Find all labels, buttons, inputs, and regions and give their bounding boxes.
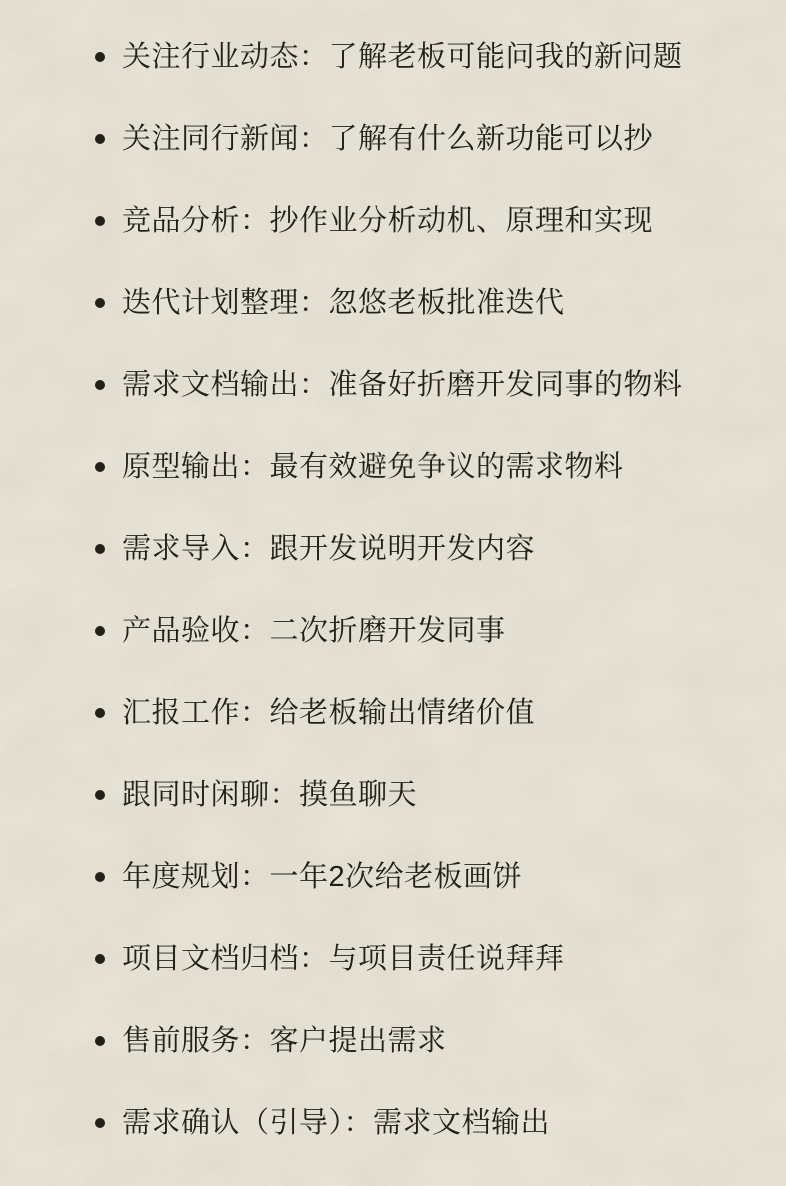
list-item: 年度规划：一年2次给老板画饼	[95, 857, 736, 897]
list-item: 需求文档输出：准备好折磨开发同事的物料	[95, 365, 736, 405]
bullet-icon	[95, 216, 105, 226]
list-item: 关注行业动态：了解老板可能问我的新问题	[95, 37, 736, 77]
bullet-icon	[95, 708, 105, 718]
list-item-text: 原型输出：最有效避免争议的需求物料	[122, 447, 624, 487]
bullet-icon	[95, 380, 105, 390]
list-item-text: 迭代计划整理：忽悠老板批准迭代	[122, 283, 565, 323]
list-item: 迭代计划整理：忽悠老板批准迭代	[95, 283, 736, 323]
list-item-text: 需求确认（引导）：需求文档输出	[122, 1103, 550, 1143]
bullet-icon	[95, 1118, 105, 1128]
bullet-icon	[95, 544, 105, 554]
notes-page: 关注行业动态：了解老板可能问我的新问题 关注同行新闻：了解有什么新功能可以抄 竞…	[0, 0, 786, 1186]
list-item: 售前服务：客户提出需求	[95, 1021, 736, 1061]
list-item-text: 项目文档归档：与项目责任说拜拜	[122, 939, 565, 979]
list-item: 需求导入：跟开发说明开发内容	[95, 529, 736, 569]
list-item: 原型输出：最有效避免争议的需求物料	[95, 447, 736, 487]
list-item-text: 跟同时闲聊：摸鱼聊天	[122, 775, 417, 815]
bullet-icon	[95, 52, 105, 62]
bullet-icon	[95, 954, 105, 964]
list-item-text: 竞品分析：抄作业分析动机、原理和实现	[122, 201, 653, 241]
list-item: 项目文档归档：与项目责任说拜拜	[95, 939, 736, 979]
list-item-text: 需求文档输出：准备好折磨开发同事的物料	[122, 365, 683, 405]
bullet-icon	[95, 872, 105, 882]
bullet-icon	[95, 626, 105, 636]
list-item-text: 关注同行新闻：了解有什么新功能可以抄	[122, 119, 653, 159]
bullet-icon	[95, 298, 105, 308]
notes-bullet-list: 关注行业动态：了解老板可能问我的新问题 关注同行新闻：了解有什么新功能可以抄 竞…	[95, 37, 736, 1185]
bullet-icon	[95, 790, 105, 800]
list-item-text: 需求导入：跟开发说明开发内容	[122, 529, 535, 569]
bullet-icon	[95, 462, 105, 472]
bullet-icon	[95, 134, 105, 144]
list-item-text: 产品验收：二次折磨开发同事	[122, 611, 506, 651]
list-item: 汇报工作：给老板输出情绪价值	[95, 693, 736, 733]
list-item-text: 关注行业动态：了解老板可能问我的新问题	[122, 37, 683, 77]
bullet-icon	[95, 1036, 105, 1046]
list-item: 产品验收：二次折磨开发同事	[95, 611, 736, 651]
list-item: 跟同时闲聊：摸鱼聊天	[95, 775, 736, 815]
list-item: 竞品分析：抄作业分析动机、原理和实现	[95, 201, 736, 241]
list-item-text: 售前服务：客户提出需求	[122, 1021, 447, 1061]
list-item: 关注同行新闻：了解有什么新功能可以抄	[95, 119, 736, 159]
list-item-text: 年度规划：一年2次给老板画饼	[122, 857, 522, 897]
list-item-text: 汇报工作：给老板输出情绪价值	[122, 693, 535, 733]
list-item: 需求确认（引导）：需求文档输出	[95, 1103, 736, 1143]
